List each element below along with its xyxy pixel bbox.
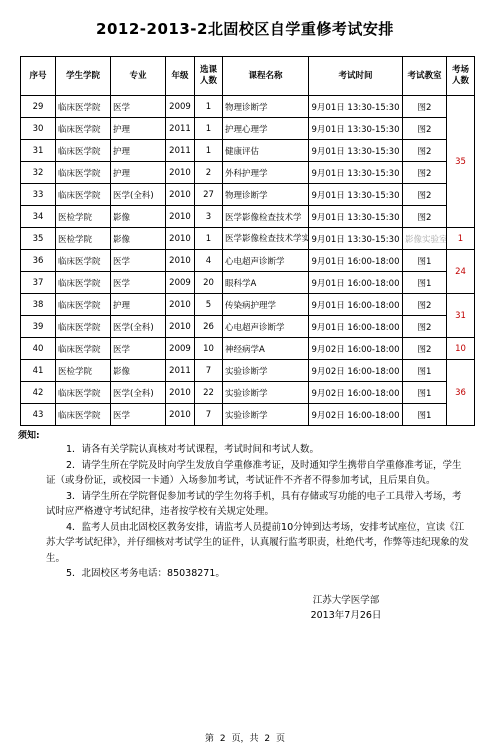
signature-org: 江苏大学医学部 [306, 593, 386, 608]
cell-room: 图1 [403, 382, 447, 404]
cell-time: 9月01日 13:30-15:30 [309, 184, 403, 206]
cell-college: 临床医学院 [56, 294, 111, 316]
cell-room: 图2 [403, 118, 447, 140]
cell-count: 3 [195, 206, 223, 228]
signature-block: 江苏大学医学部 2013年7月26日 [306, 593, 386, 623]
table-row: 42 临床医学院 医学(全科) 2010 22 实验诊断学 9月02日 16:0… [21, 382, 475, 404]
header-enrolled: 选课人数 [195, 57, 223, 96]
cell-grade: 2010 [166, 162, 195, 184]
cell-time: 9月01日 13:30-15:30 [309, 228, 403, 250]
table-row: 38 临床医学院 护理 2010 5 传染病护理学 9月01日 16:00-18… [21, 294, 475, 316]
table-row: 41 医检学院 影像 2011 7 实验诊断学 9月02日 16:00-18:0… [21, 360, 475, 382]
table-header-row: 序号 学生学院 专业 年级 选课人数 课程名称 考试时间 考试教室 考场人数 [21, 57, 475, 96]
cell-college: 临床医学院 [56, 96, 111, 118]
cell-college: 临床医学院 [56, 250, 111, 272]
table-row: 30 临床医学院 护理 2011 1 护理心理学 9月01日 13:30-15:… [21, 118, 475, 140]
cell-room: 图1 [403, 404, 447, 426]
cell-no: 31 [21, 140, 56, 162]
cell-grade: 2010 [166, 316, 195, 338]
page-title: 2012-2013-2北固校区自学重修考试安排 [0, 18, 490, 39]
cell-college: 医检学院 [56, 228, 111, 250]
cell-major: 影像 [111, 206, 166, 228]
cell-time: 9月02日 16:00-18:00 [309, 360, 403, 382]
cell-count: 1 [195, 140, 223, 162]
cell-course: 眼科学A [223, 272, 309, 294]
cell-no: 36 [21, 250, 56, 272]
cell-course: 医学影像检查技术学 [223, 206, 309, 228]
cell-course: 心电超声诊断学 [223, 316, 309, 338]
cell-no: 29 [21, 96, 56, 118]
cell-room: 图1 [403, 272, 447, 294]
header-room: 考试教室 [403, 57, 447, 96]
table-row: 35 医检学院 影像 2010 1 医学影像检查技术学实验 9月01日 13:3… [21, 228, 475, 250]
cell-college: 医检学院 [56, 360, 111, 382]
cell-major: 影像 [111, 228, 166, 250]
cell-count: 7 [195, 360, 223, 382]
cell-college: 临床医学院 [56, 140, 111, 162]
cell-course: 医学影像检查技术学实验 [223, 228, 309, 250]
cell-time: 9月01日 13:30-15:30 [309, 96, 403, 118]
table-row: 39 临床医学院 医学(全科) 2010 26 心电超声诊断学 9月01日 16… [21, 316, 475, 338]
cell-grade: 2009 [166, 96, 195, 118]
cell-room: 图2 [403, 140, 447, 162]
cell-college: 医检学院 [56, 206, 111, 228]
cell-count: 1 [195, 96, 223, 118]
cell-no: 32 [21, 162, 56, 184]
cell-time: 9月01日 13:30-15:30 [309, 206, 403, 228]
cell-college: 临床医学院 [56, 118, 111, 140]
cell-no: 41 [21, 360, 56, 382]
note-item: 3．请学生所在学院督促参加考试的学生勿将手机，具有存储或写功能的电子工具带入考场… [46, 489, 470, 520]
notes-list: 1．请各有关学院认真核对考试课程，考试时间和考试人数。 2．请学生所在学院及时向… [46, 442, 470, 582]
cell-course: 护理心理学 [223, 118, 309, 140]
note-item: 4．监考人员由北固校区教务安排，请监考人员提前10分钟到达考场，安排考试座位，宣… [46, 520, 470, 567]
cell-grade: 2010 [166, 404, 195, 426]
cell-room-total: 35 [447, 96, 475, 228]
cell-major: 护理 [111, 162, 166, 184]
cell-major: 医学(全科) [111, 184, 166, 206]
cell-major: 护理 [111, 294, 166, 316]
cell-grade: 2010 [166, 294, 195, 316]
cell-room-total: 1 [447, 228, 475, 250]
header-grade: 年级 [166, 57, 195, 96]
table-row: 37 临床医学院 医学 2009 20 眼科学A 9月01日 16:00-18:… [21, 272, 475, 294]
cell-no: 42 [21, 382, 56, 404]
cell-no: 37 [21, 272, 56, 294]
table-row: 32 临床医学院 护理 2010 2 外科护理学 9月01日 13:30-15:… [21, 162, 475, 184]
cell-room: 图2 [403, 338, 447, 360]
cell-room: 图2 [403, 316, 447, 338]
cell-course: 物理诊断学 [223, 184, 309, 206]
cell-count: 10 [195, 338, 223, 360]
cell-room-total: 24 [447, 250, 475, 294]
cell-no: 43 [21, 404, 56, 426]
cell-major: 护理 [111, 118, 166, 140]
cell-time: 9月01日 16:00-18:00 [309, 316, 403, 338]
cell-count: 2 [195, 162, 223, 184]
header-time: 考试时间 [309, 57, 403, 96]
table-row: 43 临床医学院 医学 2010 7 实验诊断学 9月02日 16:00-18:… [21, 404, 475, 426]
cell-college: 临床医学院 [56, 184, 111, 206]
cell-grade: 2010 [166, 206, 195, 228]
cell-time: 9月01日 13:30-15:30 [309, 140, 403, 162]
cell-no: 40 [21, 338, 56, 360]
cell-count: 5 [195, 294, 223, 316]
cell-no: 33 [21, 184, 56, 206]
cell-no: 38 [21, 294, 56, 316]
cell-college: 临床医学院 [56, 272, 111, 294]
cell-grade: 2010 [166, 382, 195, 404]
header-room-total: 考场人数 [447, 57, 475, 96]
cell-course: 心电超声诊断学 [223, 250, 309, 272]
cell-room: 图2 [403, 294, 447, 316]
cell-room: 图1 [403, 360, 447, 382]
table-row: 33 临床医学院 医学(全科) 2010 27 物理诊断学 9月01日 13:3… [21, 184, 475, 206]
cell-grade: 2009 [166, 272, 195, 294]
exam-schedule-table: 序号 学生学院 专业 年级 选课人数 课程名称 考试时间 考试教室 考场人数 2… [20, 56, 475, 426]
cell-time: 9月01日 16:00-18:00 [309, 272, 403, 294]
header-college: 学生学院 [56, 57, 111, 96]
cell-grade: 2011 [166, 140, 195, 162]
notes-title: 须知: [18, 428, 40, 441]
cell-college: 临床医学院 [56, 162, 111, 184]
cell-grade: 2010 [166, 228, 195, 250]
cell-grade: 2011 [166, 360, 195, 382]
cell-major: 医学 [111, 272, 166, 294]
cell-count: 4 [195, 250, 223, 272]
header-course: 课程名称 [223, 57, 309, 96]
note-item: 2．请学生所在学院及时向学生发放自学重修准考证，及时通知学生携带自学重修准考证，… [46, 458, 470, 489]
cell-major: 医学(全科) [111, 382, 166, 404]
cell-time: 9月02日 16:00-18:00 [309, 338, 403, 360]
cell-course: 健康评估 [223, 140, 309, 162]
header-no: 序号 [21, 57, 56, 96]
table-row: 29 临床医学院 医学 2009 1 物理诊断学 9月01日 13:30-15:… [21, 96, 475, 118]
cell-room-total: 31 [447, 294, 475, 338]
cell-major: 医学(全科) [111, 316, 166, 338]
table-row: 31 临床医学院 护理 2011 1 健康评估 9月01日 13:30-15:3… [21, 140, 475, 162]
cell-major: 医学 [111, 250, 166, 272]
cell-room: 图2 [403, 96, 447, 118]
cell-major: 医学 [111, 338, 166, 360]
cell-room: 影像实验室 [403, 228, 447, 250]
cell-course: 神经病学A [223, 338, 309, 360]
cell-major: 影像 [111, 360, 166, 382]
cell-room-total: 36 [447, 360, 475, 426]
cell-time: 9月01日 16:00-18:00 [309, 294, 403, 316]
cell-room: 图2 [403, 184, 447, 206]
header-major: 专业 [111, 57, 166, 96]
cell-count: 27 [195, 184, 223, 206]
table-row: 34 医检学院 影像 2010 3 医学影像检查技术学 9月01日 13:30-… [21, 206, 475, 228]
cell-count: 7 [195, 404, 223, 426]
cell-room: 图2 [403, 206, 447, 228]
signature-date: 2013年7月26日 [306, 608, 386, 623]
cell-college: 临床医学院 [56, 338, 111, 360]
cell-grade: 2010 [166, 184, 195, 206]
cell-count: 20 [195, 272, 223, 294]
cell-time: 9月01日 16:00-18:00 [309, 250, 403, 272]
cell-time: 9月02日 16:00-18:00 [309, 382, 403, 404]
cell-time: 9月01日 13:30-15:30 [309, 162, 403, 184]
cell-no: 35 [21, 228, 56, 250]
cell-course: 外科护理学 [223, 162, 309, 184]
cell-course: 实验诊断学 [223, 360, 309, 382]
cell-grade: 2011 [166, 118, 195, 140]
cell-major: 医学 [111, 404, 166, 426]
cell-room: 图1 [403, 250, 447, 272]
cell-time: 9月01日 13:30-15:30 [309, 118, 403, 140]
cell-time: 9月02日 16:00-18:00 [309, 404, 403, 426]
note-item: 1．请各有关学院认真核对考试课程，考试时间和考试人数。 [46, 442, 470, 458]
cell-count: 1 [195, 228, 223, 250]
cell-count: 26 [195, 316, 223, 338]
note-item: 5．北固校区考务电话：85038271。 [46, 566, 470, 582]
cell-college: 临床医学院 [56, 316, 111, 338]
cell-course: 实验诊断学 [223, 404, 309, 426]
cell-no: 39 [21, 316, 56, 338]
cell-major: 护理 [111, 140, 166, 162]
cell-course: 物理诊断学 [223, 96, 309, 118]
page-footer: 第 2 页，共 2 页 [0, 731, 490, 744]
table-row: 40 临床医学院 医学 2009 10 神经病学A 9月02日 16:00-18… [21, 338, 475, 360]
cell-grade: 2009 [166, 338, 195, 360]
cell-room: 图2 [403, 162, 447, 184]
cell-college: 临床医学院 [56, 382, 111, 404]
cell-no: 34 [21, 206, 56, 228]
cell-count: 22 [195, 382, 223, 404]
cell-college: 临床医学院 [56, 404, 111, 426]
cell-count: 1 [195, 118, 223, 140]
cell-course: 传染病护理学 [223, 294, 309, 316]
table-row: 36 临床医学院 医学 2010 4 心电超声诊断学 9月01日 16:00-1… [21, 250, 475, 272]
cell-course: 实验诊断学 [223, 382, 309, 404]
cell-room-total: 10 [447, 338, 475, 360]
cell-no: 30 [21, 118, 56, 140]
cell-grade: 2010 [166, 250, 195, 272]
cell-major: 医学 [111, 96, 166, 118]
